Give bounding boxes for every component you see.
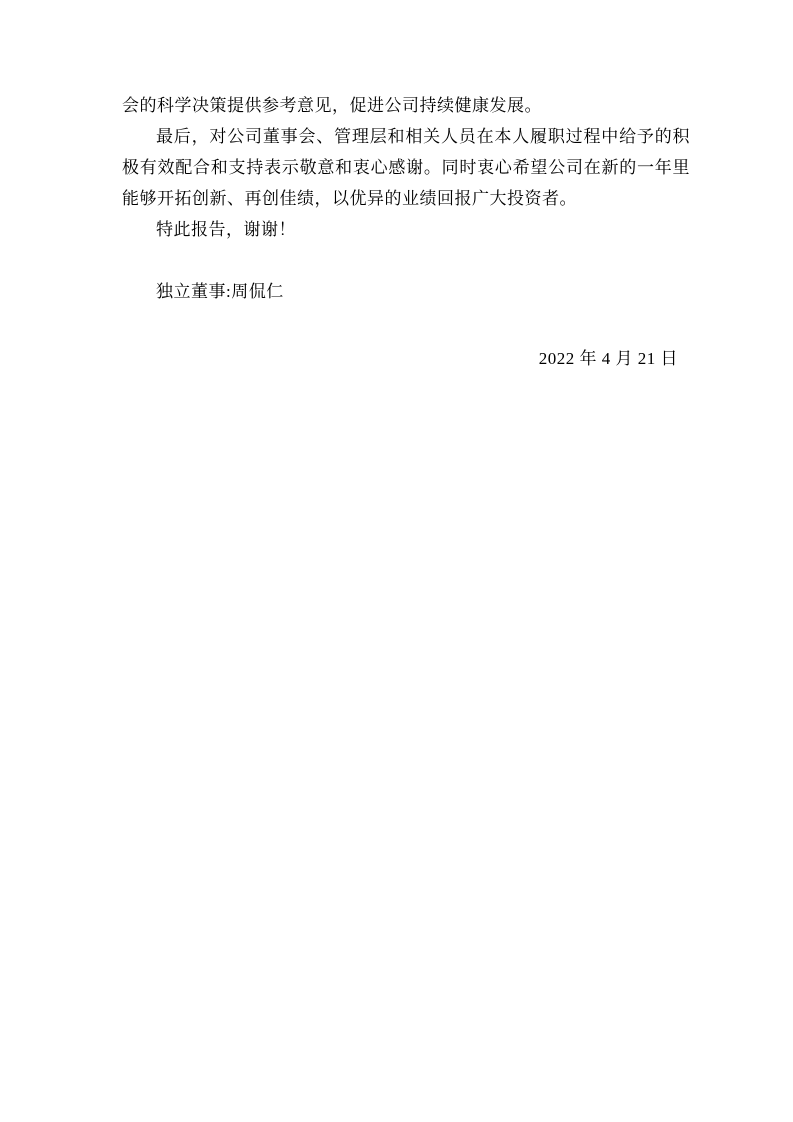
- signature-line: 独立董事:周侃仁: [122, 276, 690, 307]
- thanks-paragraph: 最后，对公司董事会、管理层和相关人员在本人履职过程中给予的积极有效配合和支持表示…: [122, 121, 690, 214]
- closing-paragraph: 特此报告，谢谢！: [122, 214, 690, 245]
- document-page: 会的科学决策提供参考意见，促进公司持续健康发展。 最后，对公司董事会、管理层和相…: [0, 0, 793, 1122]
- continuation-paragraph: 会的科学决策提供参考意见，促进公司持续健康发展。: [122, 90, 690, 121]
- date-line: 2022 年 4 月 21 日: [122, 343, 690, 374]
- document-body: 会的科学决策提供参考意见，促进公司持续健康发展。 最后，对公司董事会、管理层和相…: [122, 90, 690, 374]
